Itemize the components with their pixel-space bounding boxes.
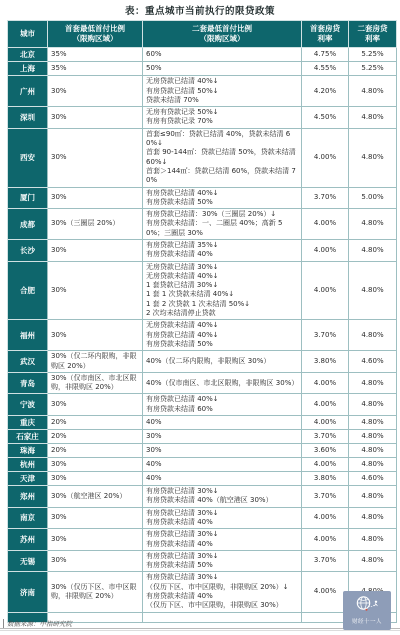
city-cell: 上海 xyxy=(8,62,48,76)
second-rate-cell: 4.80% xyxy=(349,416,397,430)
second-rate-cell: 4.80% xyxy=(349,507,397,529)
first-rate-cell: 4.00% xyxy=(302,416,349,430)
table-row: 武汉30%（仅二环内限购，非限购区 20%）40%（仅二环内限购，非限购区 30… xyxy=(8,351,397,373)
first-rate-cell: 3.80% xyxy=(302,472,349,486)
table-row: 成都30%（三圈层 20%）有房贷款已结清：30%（三圈层 20%）↓ 有房贷款… xyxy=(8,209,397,240)
first-downpayment-cell: 30% xyxy=(48,107,143,129)
table-row: 北京35%60%4.75%5.25% xyxy=(8,48,397,62)
first-rate-cell: 4.50% xyxy=(302,107,349,129)
table-row: 长沙30%有房贷款已结清 35%↓ 有房贷款未结清 40%4.00%4.80% xyxy=(8,240,397,262)
first-rate-cell: 4.00% xyxy=(302,372,349,394)
second-downpayment-cell: 无房贷款已结清 30%↓ 无房贷款未结清 40%↓ 1 套贷款已结清 30%↓ … xyxy=(143,261,302,320)
table-row: 杭州30%40%4.00%4.80% xyxy=(8,458,397,472)
table-row: 珠海20%30%3.60%4.80% xyxy=(8,444,397,458)
logo-red-dot xyxy=(366,609,368,611)
first-downpayment-cell: 30% xyxy=(48,458,143,472)
city-cell: 珠海 xyxy=(8,444,48,458)
second-rate-cell: 4.80% xyxy=(349,430,397,444)
first-downpayment-cell: 35% xyxy=(48,62,143,76)
city-cell: 郑州 xyxy=(8,486,48,508)
table-body: 北京35%60%4.75%5.25%上海35%50%4.55%5.25%广州30… xyxy=(8,48,397,622)
second-downpayment-cell: 40% xyxy=(143,416,302,430)
first-downpayment-cell: 30% xyxy=(48,76,143,107)
first-rate-cell: 4.55% xyxy=(302,62,349,76)
second-rate-cell: 4.80% xyxy=(349,76,397,107)
second-rate-cell: 4.60% xyxy=(349,472,397,486)
first-downpayment-cell: 30% xyxy=(48,394,143,416)
first-rate-cell: 3.70% xyxy=(302,187,349,209)
city-cell: 广州 xyxy=(8,76,48,107)
city-cell: 长沙 xyxy=(8,240,48,262)
second-downpayment-cell: 有房贷款已结清：30%（三圈层 20%）↓ 有房贷款未结清：一、二圈层 40%；… xyxy=(143,209,302,240)
second-downpayment-cell: 有房贷款已结清 30%↓ 有房贷款未结清 40% xyxy=(143,529,302,551)
city-cell: 杭州 xyxy=(8,458,48,472)
first-rate-cell: 4.75% xyxy=(302,48,349,62)
second-rate-cell: 5.25% xyxy=(349,48,397,62)
second-downpayment-cell: 50% xyxy=(143,62,302,76)
second-downpayment-cell: 30% xyxy=(143,430,302,444)
second-downpayment-cell: 有房贷款已结清 30%↓ 有房贷款未结清 40%（航空港区 30%） xyxy=(143,486,302,508)
first-downpayment-cell: 20% xyxy=(48,430,143,444)
first-downpayment-cell: 30%（仅市南区、市北区限购，非限购区 20%） xyxy=(48,372,143,394)
first-rate-cell: 4.00% xyxy=(302,394,349,416)
second-rate-cell: 4.80% xyxy=(349,261,397,320)
first-rate-cell: 4.00% xyxy=(302,128,349,187)
city-cell: 北京 xyxy=(8,48,48,62)
first-rate-cell: 4.00% xyxy=(302,209,349,240)
first-downpayment-cell: 30% xyxy=(48,472,143,486)
first-rate-cell: 4.00% xyxy=(302,507,349,529)
policy-table: 城市 首套最低首付比例 （限购区域） 二套最低首付比例 （限购区域） 首套房贷 … xyxy=(7,20,397,623)
second-downpayment-cell: 40%（仅市南区、市北区限购，非限购区 30%） xyxy=(143,372,302,394)
table-row: 上海35%50%4.55%5.25% xyxy=(8,62,397,76)
city-cell: 西安 xyxy=(8,128,48,187)
first-downpayment-cell: 30%（仅二环内限购，非限购区 20%） xyxy=(48,351,143,373)
second-downpayment-cell: 无房有贷款记录 50%↓ 有房有贷款记录 70% xyxy=(143,107,302,129)
first-downpayment-cell: 20% xyxy=(48,416,143,430)
footer: 数据来源：中指研究院 财经十一人 xyxy=(0,589,400,635)
second-rate-cell: 4.80% xyxy=(349,209,397,240)
first-downpayment-cell: 30% xyxy=(48,529,143,551)
col-header-second-downpayment: 二套最低首付比例 （限购区域） xyxy=(143,21,302,48)
first-rate-cell: 4.00% xyxy=(302,261,349,320)
second-rate-cell: 4.80% xyxy=(349,458,397,472)
second-rate-cell: 4.80% xyxy=(349,320,397,351)
second-rate-cell: 4.60% xyxy=(349,351,397,373)
table-row: 厦门30%有房贷款已结清 40%↓ 有房贷款未结清 50%3.70%5.00% xyxy=(8,187,397,209)
second-rate-cell: 5.25% xyxy=(349,62,397,76)
city-cell: 青岛 xyxy=(8,372,48,394)
first-rate-cell: 3.60% xyxy=(302,444,349,458)
first-downpayment-cell: 30% xyxy=(48,128,143,187)
second-downpayment-cell: 无房贷款已结清 40%↓ 有房贷款已结清 50%↓ 贷款未结清 70% xyxy=(143,76,302,107)
second-downpayment-cell: 有房贷款已结清 40%↓ 有房贷款未结清 60% xyxy=(143,394,302,416)
table-row: 郑州30%（航空港区 20%）有房贷款已结清 30%↓ 有房贷款未结清 40%（… xyxy=(8,486,397,508)
second-rate-cell: 4.80% xyxy=(349,128,397,187)
first-downpayment-cell: 20% xyxy=(48,444,143,458)
city-cell: 合肥 xyxy=(8,261,48,320)
globe-icon xyxy=(354,595,380,619)
page: 表：重点城市当前执行的限贷政策 城市 首套最低首付比例 （限购区域） 二套最低首… xyxy=(0,0,400,635)
table-row: 合肥30%无房贷款已结清 30%↓ 无房贷款未结清 40%↓ 1 套贷款已结清 … xyxy=(8,261,397,320)
city-cell: 石家庄 xyxy=(8,430,48,444)
logo-text: 财经十一人 xyxy=(352,620,382,626)
first-rate-cell: 3.70% xyxy=(302,550,349,572)
second-rate-cell: 4.80% xyxy=(349,372,397,394)
second-rate-cell: 4.80% xyxy=(349,486,397,508)
table-row: 南京30%有房贷款已结清 30%↓ 有房贷款未结清 40%4.00%4.80% xyxy=(8,507,397,529)
second-downpayment-cell: 40% xyxy=(143,458,302,472)
first-downpayment-cell: 30% xyxy=(48,261,143,320)
city-cell: 宁波 xyxy=(8,394,48,416)
col-header-first-downpayment: 首套最低首付比例 （限购区域） xyxy=(48,21,143,48)
second-downpayment-cell: 首套≤90㎡：贷款已结清 40%，贷款未结清 60%↓ 首套 90-144㎡：贷… xyxy=(143,128,302,187)
second-downpayment-cell: 有房贷款已结清 40%↓ 有房贷款未结清 50% xyxy=(143,187,302,209)
table-row: 广州30%无房贷款已结清 40%↓ 有房贷款已结清 50%↓ 贷款未结清 70%… xyxy=(8,76,397,107)
city-cell: 无锡 xyxy=(8,550,48,572)
col-header-city: 城市 xyxy=(8,21,48,48)
first-downpayment-cell: 35% xyxy=(48,48,143,62)
first-downpayment-cell: 30% xyxy=(48,320,143,351)
city-cell: 福州 xyxy=(8,320,48,351)
city-cell: 厦门 xyxy=(8,187,48,209)
first-downpayment-cell: 30%（航空港区 20%） xyxy=(48,486,143,508)
second-rate-cell: 4.80% xyxy=(349,444,397,458)
first-rate-cell: 4.20% xyxy=(302,76,349,107)
col-header-second-rate: 二套房贷 利率 xyxy=(349,21,397,48)
second-downpayment-cell: 40% xyxy=(143,472,302,486)
table-row: 宁波30%有房贷款已结清 40%↓ 有房贷款未结清 60%4.00%4.80% xyxy=(8,394,397,416)
second-rate-cell: 4.80% xyxy=(349,240,397,262)
first-rate-cell: 3.70% xyxy=(302,320,349,351)
second-downpayment-cell: 无房贷款未结清 40%↓ 有房贷款已结清 40%↓ 有房贷款未结清 50% xyxy=(143,320,302,351)
second-downpayment-cell: 有房贷款已结清 35%↓ 有房贷款未结清 40% xyxy=(143,240,302,262)
first-rate-cell: 3.70% xyxy=(302,486,349,508)
first-rate-cell: 4.00% xyxy=(302,240,349,262)
city-cell: 天津 xyxy=(8,472,48,486)
city-cell: 重庆 xyxy=(8,416,48,430)
first-downpayment-cell: 30% xyxy=(48,507,143,529)
city-cell: 武汉 xyxy=(8,351,48,373)
city-cell: 成都 xyxy=(8,209,48,240)
second-rate-cell: 4.80% xyxy=(349,529,397,551)
table-row: 福州30%无房贷款未结清 40%↓ 有房贷款已结清 40%↓ 有房贷款未结清 5… xyxy=(8,320,397,351)
table-row: 深圳30%无房有贷款记录 50%↓ 有房有贷款记录 70%4.50%4.80% xyxy=(8,107,397,129)
table-row: 重庆20%40%4.00%4.80% xyxy=(8,416,397,430)
first-rate-cell: 4.00% xyxy=(302,458,349,472)
second-rate-cell: 4.80% xyxy=(349,394,397,416)
table-row: 无锡30%有房贷款已结清 30%↓ 有房贷款未结清 50%3.70%4.80% xyxy=(8,550,397,572)
city-cell: 苏州 xyxy=(8,529,48,551)
second-rate-cell: 4.80% xyxy=(349,107,397,129)
data-source-note: 数据来源：中指研究院 xyxy=(3,619,72,628)
table-row: 苏州30%有房贷款已结清 30%↓ 有房贷款未结清 40%4.00%4.80% xyxy=(8,529,397,551)
first-rate-cell: 3.70% xyxy=(302,430,349,444)
second-downpayment-cell: 有房贷款已结清 30%↓ 有房贷款未结清 50% xyxy=(143,550,302,572)
first-downpayment-cell: 30% xyxy=(48,187,143,209)
first-downpayment-cell: 30%（三圈层 20%） xyxy=(48,209,143,240)
table-row: 石家庄20%30%3.70%4.80% xyxy=(8,430,397,444)
first-downpayment-cell: 30% xyxy=(48,240,143,262)
first-rate-cell: 4.00% xyxy=(302,529,349,551)
first-downpayment-cell: 30% xyxy=(48,550,143,572)
second-rate-cell: 4.80% xyxy=(349,550,397,572)
header-row: 城市 首套最低首付比例 （限购区域） 二套最低首付比例 （限购区域） 首套房贷 … xyxy=(8,21,397,48)
second-downpayment-cell: 40%（仅二环内限购，非限购区 30%） xyxy=(143,351,302,373)
table-title: 表：重点城市当前执行的限贷政策 xyxy=(0,0,400,20)
city-cell: 南京 xyxy=(8,507,48,529)
col-header-first-rate: 首套房贷 利率 xyxy=(302,21,349,48)
second-rate-cell: 5.00% xyxy=(349,187,397,209)
table-row: 天津30%40%3.80%4.60% xyxy=(8,472,397,486)
table-row: 青岛30%（仅市南区、市北区限购，非限购区 20%）40%（仅市南区、市北区限购… xyxy=(8,372,397,394)
city-cell: 深圳 xyxy=(8,107,48,129)
second-downpayment-cell: 30% xyxy=(143,444,302,458)
publisher-logo: 财经十一人 xyxy=(343,591,391,630)
second-downpayment-cell: 有房贷款已结清 30%↓ 有房贷款未结清 40% xyxy=(143,507,302,529)
table-row: 西安30%首套≤90㎡：贷款已结清 40%，贷款未结清 60%↓ 首套 90-1… xyxy=(8,128,397,187)
second-downpayment-cell: 60% xyxy=(143,48,302,62)
first-rate-cell: 3.80% xyxy=(302,351,349,373)
